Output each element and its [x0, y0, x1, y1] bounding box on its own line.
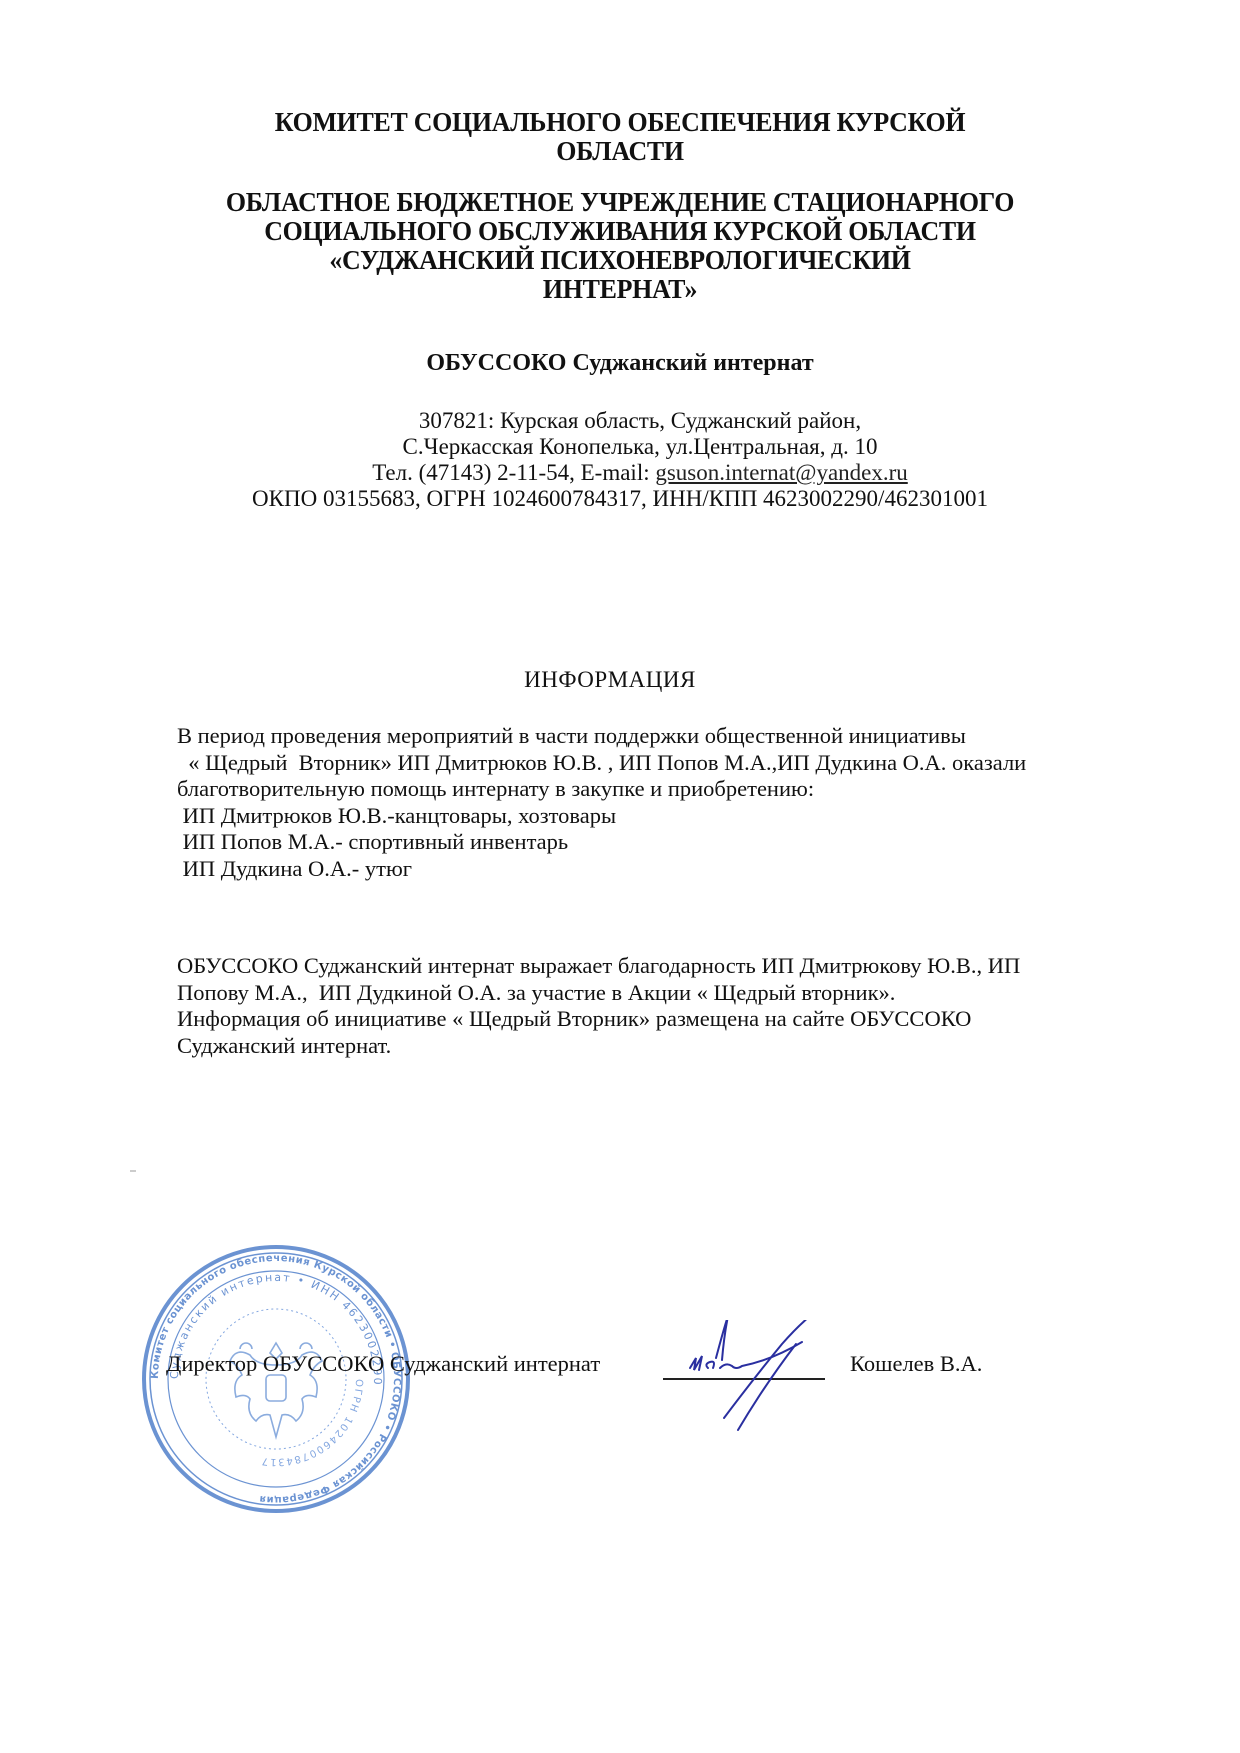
svg-text:ОГРН 1024600784317: ОГРН 1024600784317	[260, 1379, 364, 1467]
scan-artifact	[130, 1170, 136, 1172]
document-title: ИНФОРМАЦИЯ	[0, 667, 1230, 693]
paragraph-gratitude-line-3: Информация об инициативе « Щедрый Вторни…	[177, 1006, 1020, 1033]
committee-line-1: КОМИТЕТ СОЦИАЛЬНОГО ОБЕСПЕЧЕНИЯ КУРСКОЙ	[25, 108, 1215, 137]
short-name-rest: Суджанский интернат	[566, 350, 813, 376]
paragraph-intro-line-1: В период проведения мероприятий в части …	[177, 723, 1026, 750]
signer-name: Кошелев В.А.	[850, 1351, 982, 1377]
institution-line-3: «СУДЖАНСКИЙ ПСИХОНЕВРОЛОГИЧЕСКИЙ	[25, 246, 1215, 275]
paragraph-gratitude: ОБУССОКО Суджанский интернат выражает бл…	[177, 953, 1020, 1059]
committee-heading: КОМИТЕТ СОЦИАЛЬНОГО ОБЕСПЕЧЕНИЯ КУРСКОЙ …	[25, 108, 1215, 166]
institution-heading: ОБЛАСТНОЕ БЮДЖЕТНОЕ УЧРЕЖДЕНИЕ СТАЦИОНАР…	[25, 188, 1215, 304]
contact-block: 307821: Курская область, Суджанский райо…	[0, 408, 1240, 512]
institution-line-2: СОЦИАЛЬНОГО ОБСЛУЖИВАНИЯ КУРСКОЙ ОБЛАСТИ	[25, 217, 1215, 246]
address-line-1: 307821: Курская область, Суджанский райо…	[40, 408, 1240, 434]
registry-line: ОКПО 03155683, ОГРН 1024600784317, ИНН/К…	[0, 486, 1240, 512]
paragraph-intro: В период проведения мероприятий в части …	[177, 723, 1026, 882]
stamp-ogrn-text: ОГРН 1024600784317	[260, 1379, 364, 1467]
donation-item: ИП Попов М.А.- спортивный инвентарь	[177, 829, 1026, 856]
svg-text:Комитет социального обеспечени: Комитет социального обеспечения Курской …	[150, 1253, 402, 1505]
paragraph-gratitude-line-2: Попову М.А., ИП Дудкиной О.А. за участие…	[177, 980, 1020, 1007]
address-line-2: С.Черкасская Конопелька, ул.Центральная,…	[40, 434, 1240, 460]
handwritten-signature-icon	[660, 1320, 840, 1440]
paragraph-intro-line-3: благотворительную помощь интернату в зак…	[177, 776, 1026, 803]
paragraph-gratitude-line-1: ОБУССОКО Суджанский интернат выражает бл…	[177, 953, 1020, 980]
institution-line-4: ИНТЕРНАТ»	[25, 275, 1215, 304]
committee-line-2: ОБЛАСТИ	[25, 137, 1215, 166]
email-link[interactable]: gsuson.internat@yandex.ru	[655, 460, 907, 485]
signatory-position: Директор ОБУССОКО Суджанский интернат	[166, 1351, 600, 1377]
paragraph-intro-line-2: « Щедрый Вторник» ИП Дмитрюков Ю.В. , ИП…	[177, 750, 1026, 777]
donation-item: ИП Дмитрюков Ю.В.-канцтовары, хозтовары	[177, 803, 1026, 830]
official-stamp-icon: Комитет социального обеспечения Курской …	[140, 1243, 412, 1515]
short-name: ОБУССОКО Суджанский интернат	[0, 349, 1240, 377]
donation-item: ИП Дудкина О.А.- утюг	[177, 856, 1026, 883]
short-name-bold: ОБУССОКО	[426, 350, 566, 376]
paragraph-gratitude-line-4: Суджанский интернат.	[177, 1033, 1020, 1060]
institution-line-1: ОБЛАСТНОЕ БЮДЖЕТНОЕ УЧРЕЖДЕНИЕ СТАЦИОНАР…	[25, 188, 1215, 217]
phone-text: Тел. (47143) 2-11-54, E-mail:	[372, 460, 655, 485]
stamp-outer-text: Комитет социального обеспечения Курской …	[150, 1253, 402, 1505]
phone-email-line: Тел. (47143) 2-11-54, E-mail: gsuson.int…	[40, 460, 1240, 486]
